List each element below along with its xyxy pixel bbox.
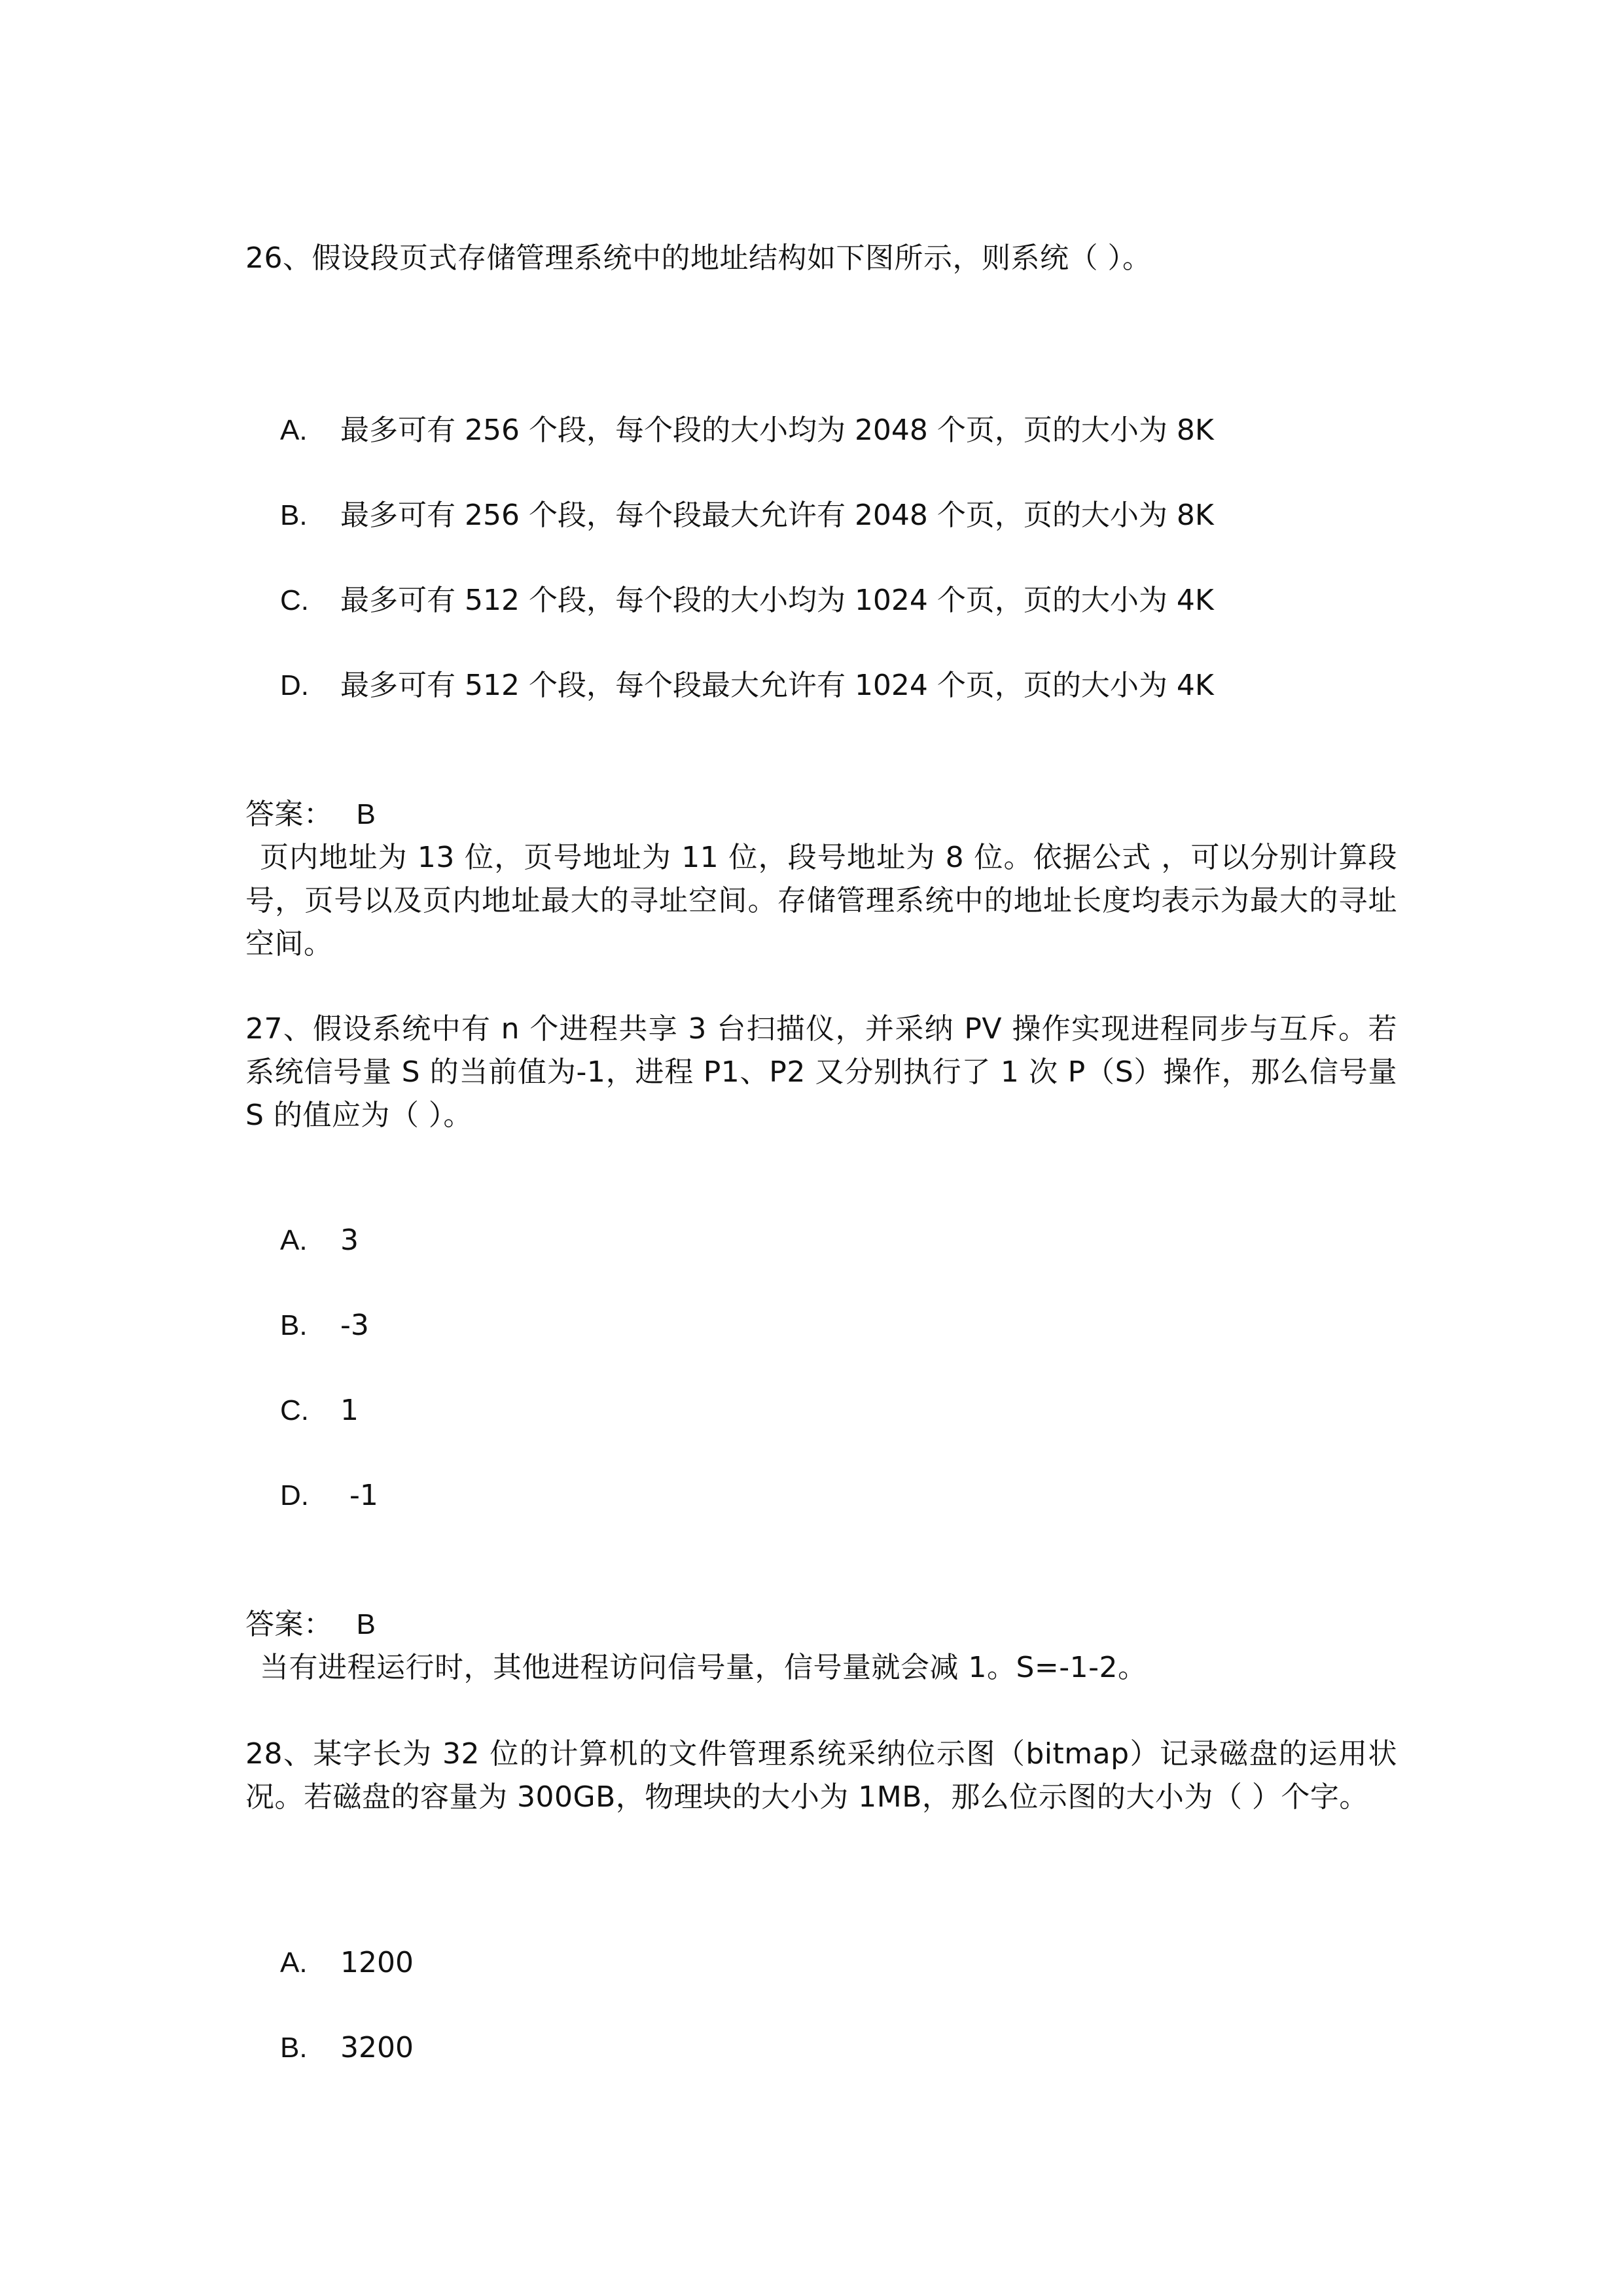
question-28-stem: 28、某字长为 32 位的计算机的文件管理系统采纳位示图（bitmap）记录磁盘… [245,1733,1397,1819]
question-26-answer: 答案：B [245,793,1397,836]
question-26-stem: 26、假设段页式存储管理系统中的地址结构如下图所示，则系统（ ）。 [245,237,1397,280]
question-26-option-b: B.最多可有 256 个段，每个段最大允许有 2048 个页，页的大小为 8K [280,496,1214,535]
question-26-option-c: C.最多可有 512 个段，每个段的大小均为 1024 个页，页的大小为 4K [280,581,1214,620]
option-letter: A. [280,1221,340,1260]
question-27-option-d: D. -1 [280,1476,378,1515]
question-28-option-b: B.3200 [280,2028,414,2068]
option-text: 最多可有 256 个段，每个段的大小均为 2048 个页，页的大小为 8K [340,411,1214,450]
question-27-option-c: C.1 [280,1391,359,1430]
answer-value: B [357,1608,376,1640]
option-text: -3 [340,1306,369,1345]
option-letter: B. [280,2028,340,2068]
question-27-option-b: B.-3 [280,1306,369,1345]
question-27-stem: 27、假设系统中有 n 个进程共享 3 台扫描仪，并采纳 PV 操作实现进程同步… [245,1008,1397,1137]
question-27-answer: 答案：B [245,1603,1397,1646]
option-letter: D. [280,666,340,705]
option-letter: C. [280,581,340,620]
option-text: 最多可有 512 个段，每个段的大小均为 1024 个页，页的大小为 4K [340,581,1214,620]
answer-label: 答案： [245,798,333,831]
answer-value: B [357,798,376,830]
question-26-option-d: D.最多可有 512 个段，每个段最大允许有 1024 个页，页的大小为 4K [280,666,1214,705]
option-letter: B. [280,496,340,535]
option-text: 1200 [340,1943,414,1983]
question-26-explanation: 页内地址为 13 位，页号地址为 11 位，段号地址为 8 位。依据公式 ，可以… [245,836,1397,966]
question-27-option-a: A.3 [280,1221,359,1260]
option-text: -1 [340,1476,378,1515]
option-letter: A. [280,1943,340,1983]
option-letter: B. [280,1306,340,1345]
option-letter: A. [280,411,340,450]
option-text: 3200 [340,2028,414,2068]
answer-label: 答案： [245,1608,333,1641]
option-text: 最多可有 512 个段，每个段最大允许有 1024 个页，页的大小为 4K [340,666,1214,705]
question-27-explanation: 当有进程运行时，其他进程访问信号量，信号量就会减 1。S=-1-2。 [245,1646,1397,1689]
option-text: 3 [340,1221,359,1260]
question-26-option-a: A.最多可有 256 个段，每个段的大小均为 2048 个页，页的大小为 8K [280,411,1214,450]
question-28-option-a: A.1200 [280,1943,414,1983]
option-text: 1 [340,1391,359,1430]
option-letter: D. [280,1476,340,1515]
option-text: 最多可有 256 个段，每个段最大允许有 2048 个页，页的大小为 8K [340,496,1214,535]
option-letter: C. [280,1391,340,1430]
